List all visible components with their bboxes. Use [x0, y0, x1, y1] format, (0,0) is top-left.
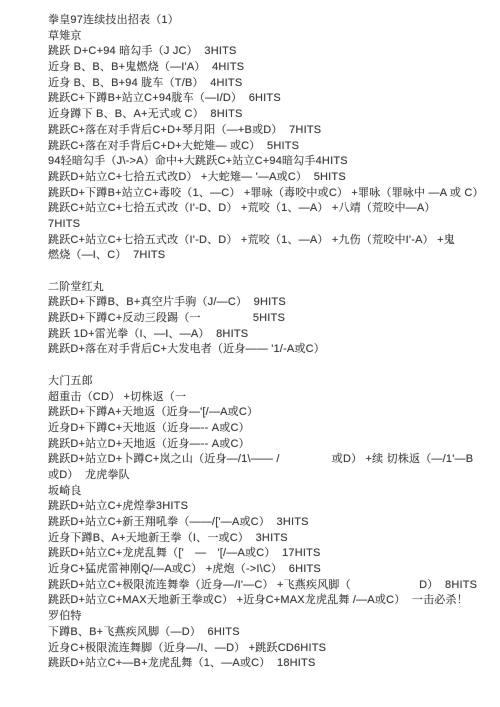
combo-line: 跳跃D+站立D+天地返（近身—-- A或C）	[48, 437, 490, 453]
character-name-robert: 罗伯特	[48, 609, 490, 625]
combo-line: 跳跃D+站立C+新王翔吼拳（——/['—A或C） 3HITS	[48, 515, 490, 531]
combo-line: 跳跃C+落在对手背后C+D+大蛇雉— 或C） 5HITS	[48, 139, 490, 155]
combo-line: 跳跃C+落在对手背后C+D+琴月阳（—+B或D） 7HITS	[48, 123, 490, 139]
combo-line: 跳跃D+下蹲A+天地返（近身—'[/—A或C）	[48, 405, 490, 421]
combo-line: 跳跃D+站立C+七拾五式改D） +大蛇雉— '—A或C） 5HITS	[48, 170, 490, 186]
combo-line: 超重击（CD） +切株返（一	[48, 390, 490, 406]
page-title: 拳皇97连续技出招表（1）	[48, 13, 490, 29]
combo-line: 跳跃D+站立C+—B+龙虎乱舞（1、—A或C） 18HITS	[48, 656, 490, 672]
character-name-daimon-goro: 大门五郎	[48, 374, 490, 390]
combo-line: 跳跃D+落在对手背后C+大发电者（近身—— '1/-A或C）	[48, 342, 490, 358]
combo-line-wrap-team-name: 或D） 龙虎拳队	[48, 468, 490, 484]
combo-line: 近身下蹲B、A+天地新王拳（I、一或C） 3HITS	[48, 531, 490, 547]
combo-line: 94轻暗勾手（J\->A）命中+大跳跃C+站立C+94暗勾手4HITS	[48, 154, 490, 170]
combo-line: 近身D+下蹲C+天地返（近身—-- A或C）	[48, 421, 490, 437]
combo-line: 跳跃D+站立C+MAX天地新王拳或C） +近身C+MAX龙虎乱舞 /—A或C） …	[48, 593, 490, 609]
combo-line: 跳跃D+站立D+卜蹲C+岚之山（近身—/1\—— / 或D） +续 切株返（—/…	[48, 452, 490, 468]
combo-line: 下蹲B、B+飞燕疾风脚（—D） 6HITS	[48, 625, 490, 641]
combo-line: 近身蹲下 B、B、A+无式或 C） 8HITS	[48, 107, 490, 123]
character-name-sakazaki-ryo: 坂崎良	[48, 484, 490, 500]
combo-line: 跳跃D+下蹲C+反动三段踢（一 5HITS	[48, 311, 490, 327]
combo-line: 跳跃D+下蹲B、B+真空片手驹（J/—C） 9HITS	[48, 295, 490, 311]
combo-line-wrap: 燃烧（—I、C） 7HITS	[48, 248, 490, 264]
combo-line: 跳跃C+站立C+七拾五式改（I'-D、D） +荒咬（1、—A） +八靖（荒咬中—…	[48, 201, 490, 217]
combo-line: 跳跃D+站立C+极限流连舞拳（近身—/I'—C） +飞燕疾风脚（ D） 8HIT…	[48, 578, 490, 594]
combo-line: 跳跃D+下蹲B+站立C+毒咬（1、—C） +罪咏（毒咬中或C） +罪咏（罪咏中 …	[48, 186, 490, 202]
blank-line	[48, 264, 490, 280]
combo-line: 跳跃C+下蹲B+站立C+94胧车（—I/D） 6HITS	[48, 91, 490, 107]
combo-line: 近身 B、B、B+94 胧车（T/B） 4HITS	[48, 76, 490, 92]
combo-line: 跳跃D+站立C+龙虎乱舞（[' — '[/—A或C） 17HITS	[48, 546, 490, 562]
combo-line: 跳跃C+站立C+七拾五式改（I'-D、D） +荒咬（1、—A） +九伤（荒咬中I…	[48, 233, 490, 249]
character-name-kusanagi-kyo: 草雉京	[48, 29, 490, 45]
combo-line: 跳跃 1D+雷光拳（I、—I、—A） 8HITS	[48, 327, 490, 343]
combo-line-hits-wrap: 7HITS	[48, 217, 490, 233]
scanned-document-page: 拳皇97连续技出招表（1） 草雉京 跳跃 D+C+94 暗勾手（J JC） 3H…	[48, 13, 490, 672]
combo-line: 跳跃 D+C+94 暗勾手（J JC） 3HITS	[48, 44, 490, 60]
blank-line	[48, 358, 490, 374]
character-name-nikaido-benimaru: 二阶堂红丸	[48, 280, 490, 296]
combo-line: 跳跃D+站立C+虎煌拳3HITS	[48, 499, 490, 515]
combo-line: 近身C+极限流连舞脚（近身—/I、—D） +跳跃CD6HITS	[48, 641, 490, 657]
combo-line: 近身C+猛虎雷神刚Q/—A或C） +虎炮（->I\C） 6HITS	[48, 562, 490, 578]
combo-line: 近身 B、B、B+鬼燃烧（—I'A） 4HITS	[48, 60, 490, 76]
